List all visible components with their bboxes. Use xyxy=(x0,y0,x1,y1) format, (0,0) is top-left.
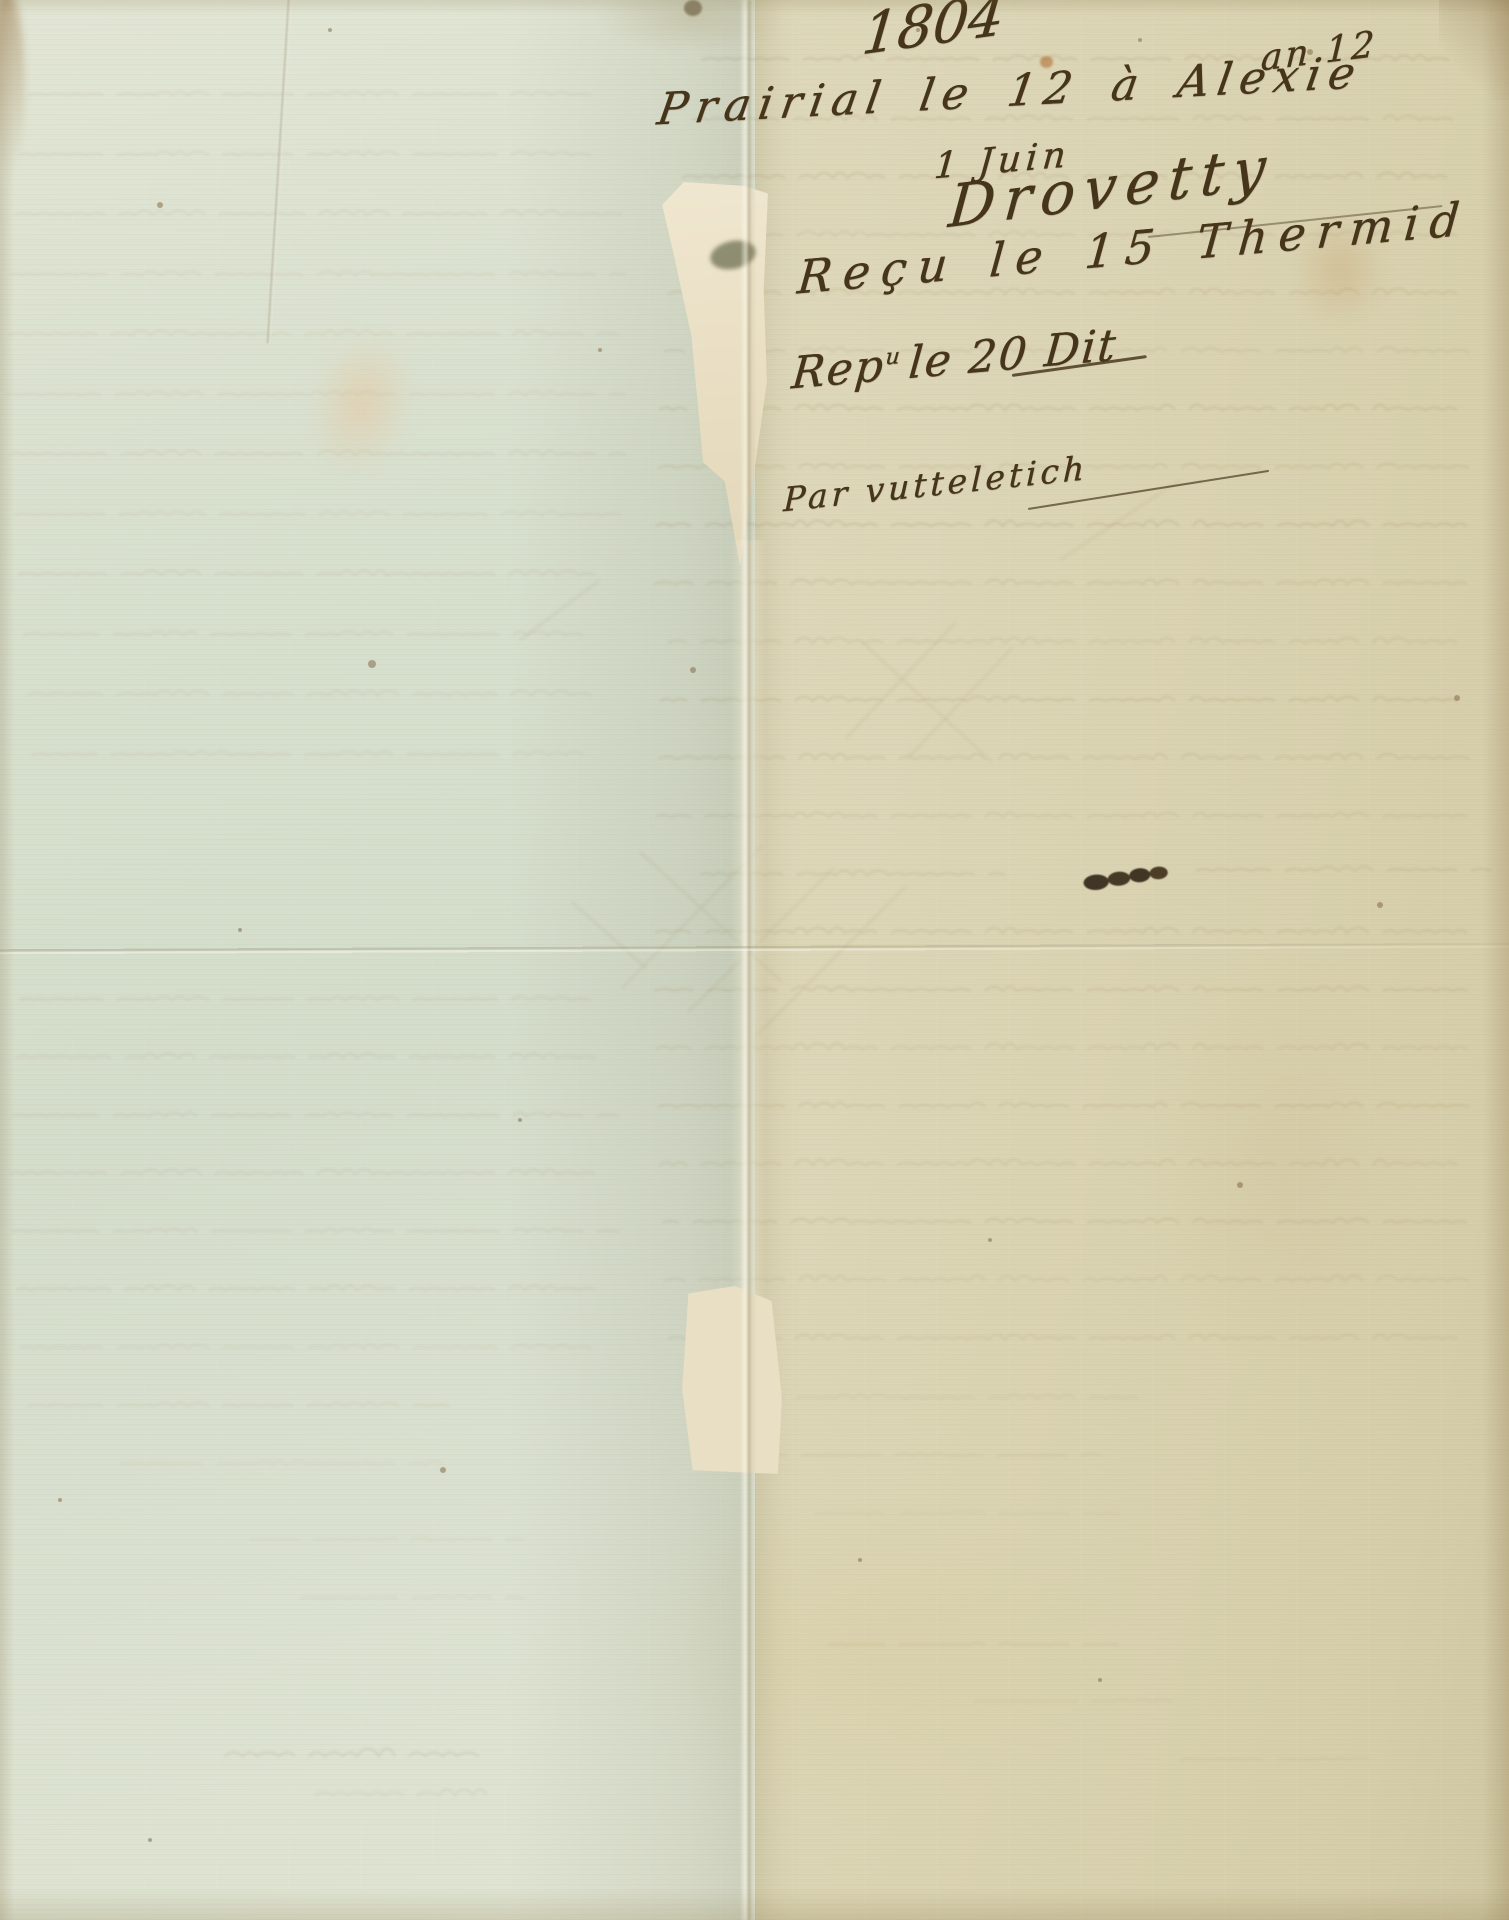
bleed-squiggle xyxy=(656,521,1481,526)
bleed-squiggle xyxy=(12,1113,619,1116)
bleed-squiggle xyxy=(315,1790,501,1795)
bleed-crease-stroke xyxy=(640,852,782,982)
bleed-squiggle xyxy=(20,997,605,1000)
bleed-squiggle xyxy=(700,1395,1137,1398)
bleed-squiggle xyxy=(10,272,625,275)
foxing-speck xyxy=(690,667,696,673)
bleed-squiggle xyxy=(815,1512,1119,1514)
foxing-speck xyxy=(518,1118,522,1122)
bleed-squiggle xyxy=(6,392,625,395)
bleed-squiggle xyxy=(975,1700,1185,1702)
foxing-speck xyxy=(1098,1678,1102,1682)
bleed-squiggle xyxy=(658,1103,1483,1107)
bleed-crease-stroke xyxy=(572,902,646,968)
bleed-squiggle xyxy=(14,512,621,515)
replied-superscript: u xyxy=(884,344,902,371)
foxing-speck xyxy=(1237,1182,1243,1188)
foxing-speck xyxy=(238,928,242,932)
bleed-squiggle xyxy=(656,1044,1481,1049)
ink-bleedthrough-layer xyxy=(0,0,1509,1920)
bleed-squiggle xyxy=(12,1229,619,1232)
bleed-squiggle xyxy=(668,289,1471,294)
bleed-squiggle xyxy=(668,638,1471,643)
bleed-squiggle xyxy=(16,1054,609,1058)
bleed-squiggle xyxy=(1196,867,1491,871)
bleed-squiggle xyxy=(654,580,1481,584)
foxing-speck xyxy=(988,1238,992,1242)
bleed-crease-stroke xyxy=(756,886,906,1036)
scanned-letter-page: 1804 an 12 Prairial le 12 à Alexie 1 Jui… xyxy=(0,0,1509,1920)
foxing-speck xyxy=(368,660,376,668)
foxing-speck xyxy=(1454,695,1460,701)
bleed-squiggle xyxy=(660,1160,1471,1165)
foxing-speck xyxy=(1138,38,1142,42)
bleed-squiggle xyxy=(700,871,1005,875)
bleed-crease-stroke xyxy=(1060,480,1180,560)
bleed-squiggle xyxy=(120,1462,443,1464)
bleed-squiggle xyxy=(10,1170,609,1174)
bleed-squiggle xyxy=(656,928,1481,933)
bleed-squiggle xyxy=(8,331,619,335)
bleed-squiggle xyxy=(16,1286,609,1290)
bleed-squiggle xyxy=(660,697,1471,701)
bleed-squiggle xyxy=(664,1276,1483,1281)
bleed-squiggle xyxy=(654,987,1481,991)
bleed-squiggle xyxy=(14,211,621,215)
foxing-speck xyxy=(148,1838,152,1842)
foxing-speck xyxy=(328,28,332,32)
bleed-squiggle xyxy=(250,1538,523,1540)
bleed-squiggle xyxy=(28,1403,449,1406)
foxing-speck xyxy=(440,1467,446,1473)
bleed-crease-stroke xyxy=(520,580,600,640)
bleed-squiggle xyxy=(20,152,605,155)
bleed-squiggle xyxy=(828,1643,1119,1645)
foxing-speck xyxy=(157,202,163,208)
bleed-squiggle xyxy=(24,632,597,635)
foxing-speck xyxy=(58,1498,62,1502)
foxing-speck xyxy=(1377,902,1383,908)
bleed-squiggle xyxy=(32,752,597,755)
bleed-squiggle xyxy=(660,405,1471,410)
bleed-crease-stroke xyxy=(908,648,1012,758)
foxing-speck xyxy=(858,1558,862,1562)
bleed-squiggle xyxy=(10,451,625,455)
foxing-speck xyxy=(598,348,602,352)
bleed-squiggle xyxy=(755,1454,1101,1456)
bleed-squiggle xyxy=(20,1345,605,1348)
bleed-squiggle xyxy=(658,754,1483,759)
bleed-squiggle xyxy=(1180,1758,1383,1760)
replied-prefix: Rep xyxy=(789,340,887,400)
bleed-squiggle xyxy=(225,1749,479,1756)
bleed-squiggle xyxy=(656,813,1481,817)
bleed-squiggle xyxy=(300,1596,523,1598)
bleed-squiggle xyxy=(668,1335,1471,1339)
bleed-squiggle xyxy=(28,92,605,95)
bleed-squiggle xyxy=(662,1219,1481,1223)
bleed-squiggle xyxy=(18,571,609,575)
bleed-squiggle xyxy=(28,691,605,695)
